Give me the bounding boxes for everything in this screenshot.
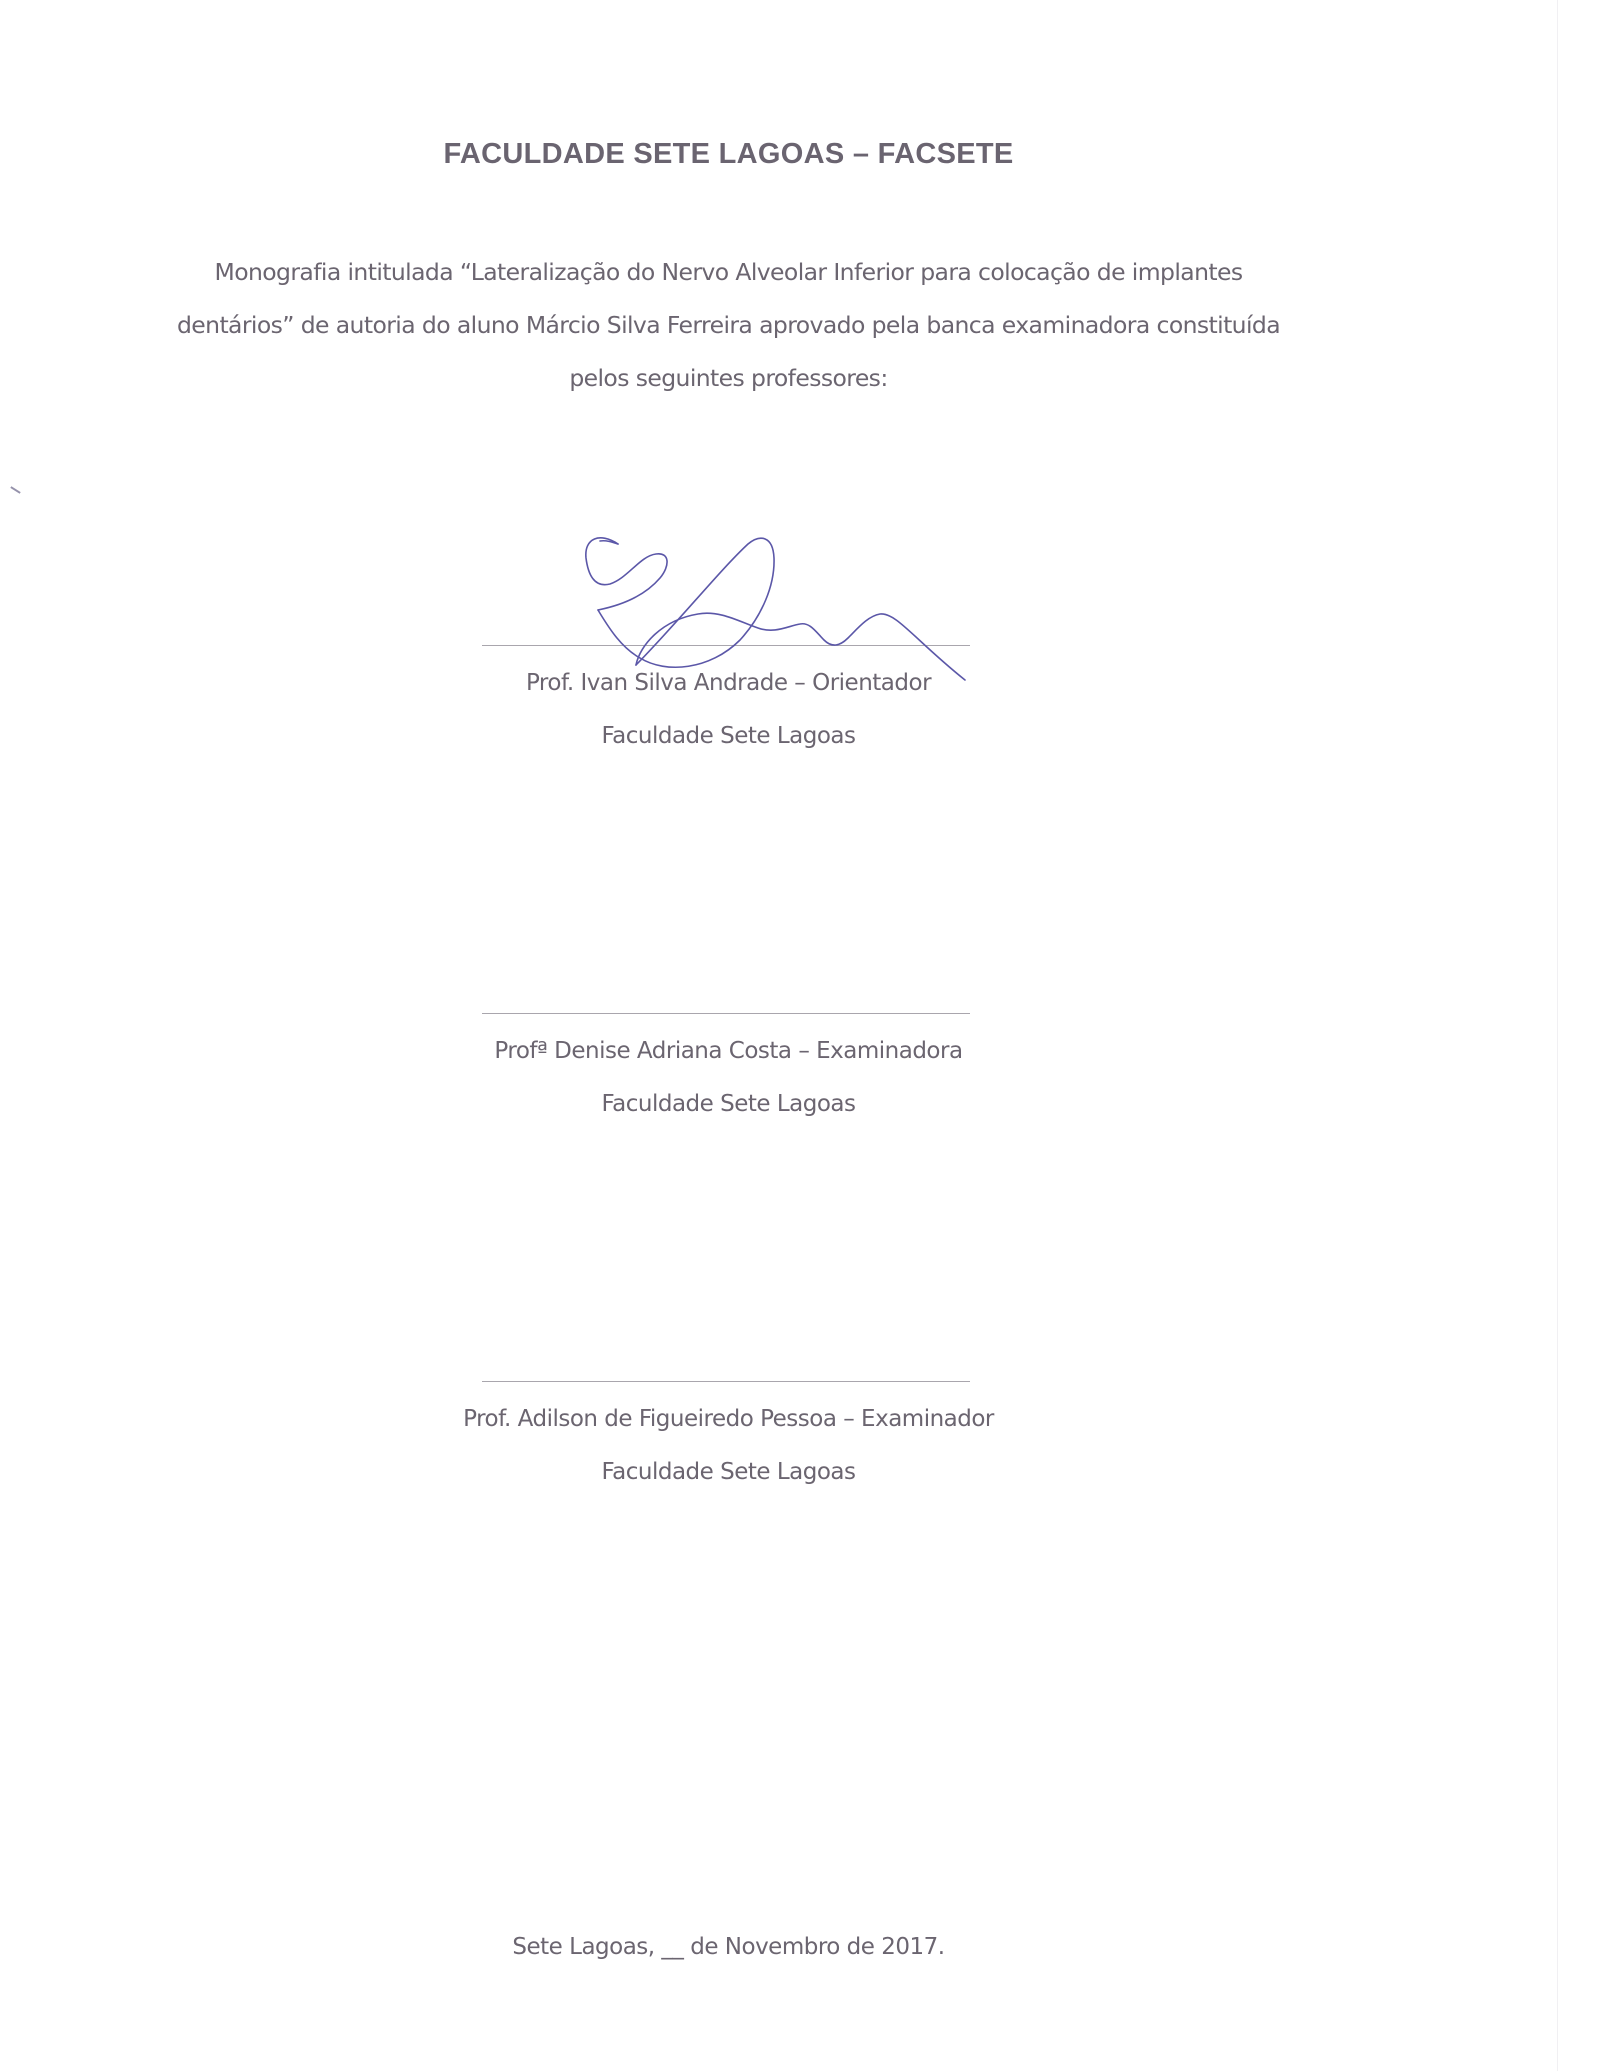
place-and-date: Sete Lagoas, __ de Novembro de 2017.: [0, 1934, 1457, 1960]
examiner-institution: Faculdade Sete Lagoas: [0, 1091, 1457, 1117]
approval-statement-line: dentários” de autoria do aluno Márcio Si…: [130, 299, 1327, 352]
examiner-institution: Faculdade Sete Lagoas: [0, 1459, 1457, 1485]
examiner-name-role: Profª Denise Adriana Costa – Examinadora: [0, 1038, 1457, 1064]
approval-statement: Monografia intitulada “Lateralização do …: [130, 246, 1327, 405]
examiner-name-role: Prof. Ivan Silva Andrade – Orientador: [0, 670, 1457, 696]
approval-statement-line: pelos seguintes professores:: [130, 352, 1327, 405]
examiner-institution: Faculdade Sete Lagoas: [0, 723, 1457, 749]
institution-title: FACULDADE SETE LAGOAS – FACSETE: [0, 138, 1457, 171]
signature-line: [482, 1381, 970, 1382]
scan-stray-mark: [10, 486, 20, 494]
approval-statement-line: Monografia intitulada “Lateralização do …: [130, 246, 1327, 299]
examiner-name-role: Prof. Adilson de Figueiredo Pessoa – Exa…: [0, 1406, 1457, 1432]
handwritten-signature-icon: [570, 530, 990, 680]
scan-page-edge: [1557, 0, 1558, 2071]
signature-line: [482, 1013, 970, 1014]
